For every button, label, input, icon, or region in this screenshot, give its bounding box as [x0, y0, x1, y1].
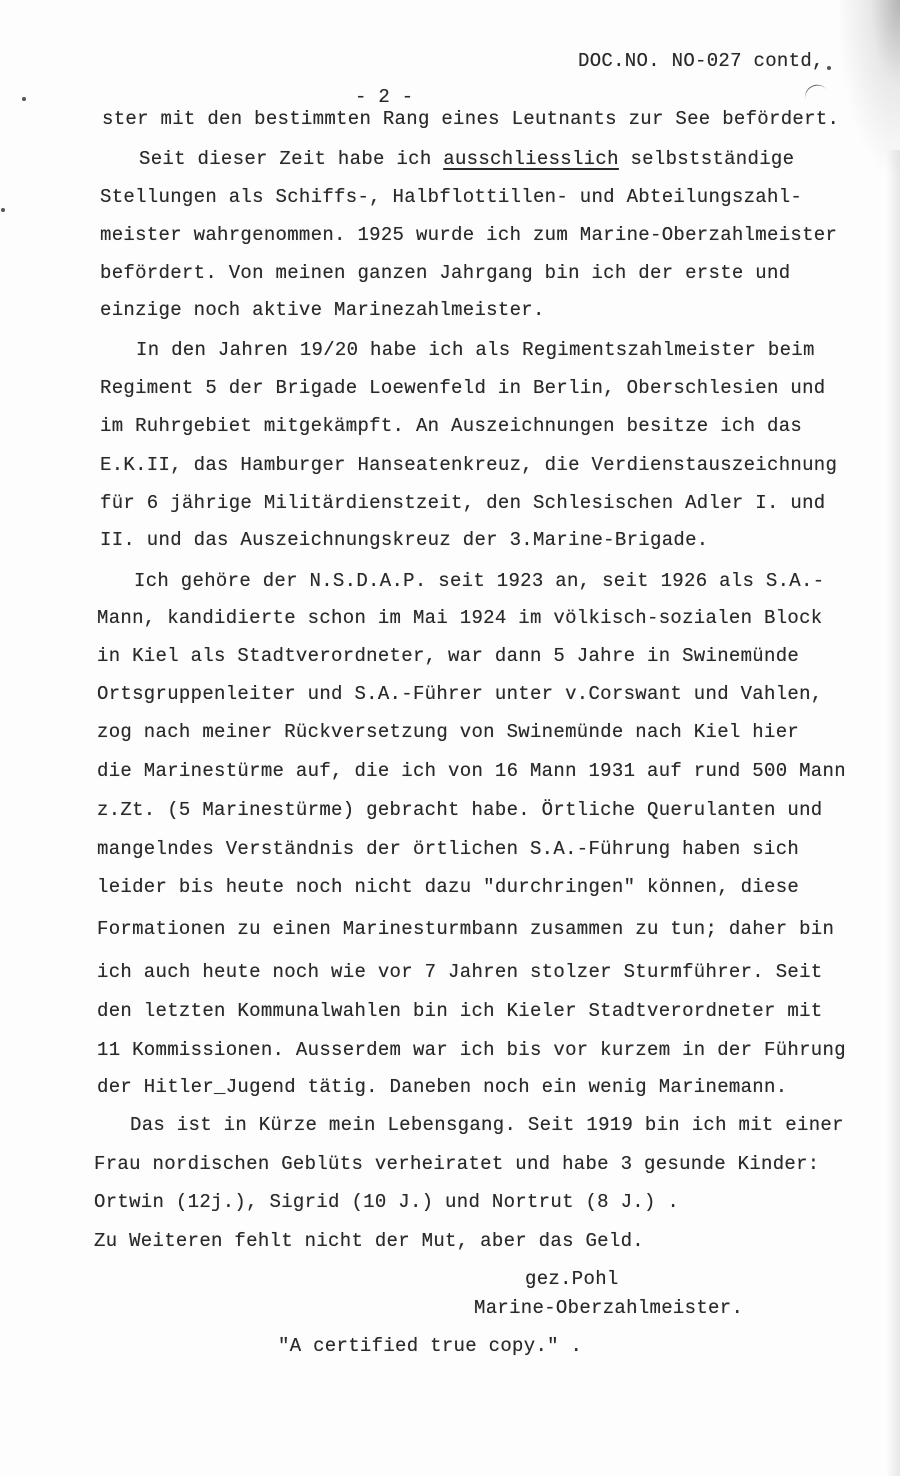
- body-line: ich auch heute noch wie vor 7 Jahren sto…: [97, 961, 823, 983]
- body-line: mangelndes Verständnis der örtlichen S.A…: [97, 838, 799, 860]
- body-line: für 6 jährige Militärdienstzeit, den Sch…: [100, 492, 826, 514]
- body-line: Seit dieser Zeit habe ich ausschliesslic…: [139, 148, 794, 170]
- body-line: in Kiel als Stadtverordneter, war dann 5…: [97, 645, 799, 667]
- body-line: E.K.II, das Hamburger Hanseatenkreuz, di…: [100, 454, 837, 476]
- handwritten-check-mark: [802, 81, 830, 108]
- body-line: II. und das Auszeichnungskreuz der 3.Mar…: [100, 529, 709, 551]
- body-line: ster mit den bestimmten Rang eines Leutn…: [102, 108, 839, 130]
- text-run: Seit dieser Zeit habe ich: [139, 148, 443, 170]
- page-corner-shadow: [840, 0, 900, 170]
- body-line: die Marinestürme auf, die ich von 16 Man…: [97, 760, 846, 782]
- body-line: einzige noch aktive Marinezahlmeister.: [100, 299, 545, 321]
- scan-speck: [1, 208, 5, 212]
- body-line: In den Jahren 19/20 habe ich als Regimen…: [136, 339, 815, 361]
- body-line: befördert. Von meinen ganzen Jahrgang bi…: [100, 262, 790, 284]
- body-line: Ich gehöre der N.S.D.A.P. seit 1923 an, …: [134, 570, 824, 592]
- body-line: den letzten Kommunalwahlen bin ich Kiele…: [97, 1000, 823, 1022]
- body-line: Ortwin (12j.), Sigrid (10 J.) und Nortru…: [94, 1191, 679, 1213]
- underlined-word: ausschliesslich: [443, 148, 619, 170]
- certification-note: "A certified true copy." .: [278, 1335, 582, 1357]
- body-line: Ortsgruppenleiter und S.A.-Führer unter …: [97, 683, 823, 705]
- body-line: Mann, kandidierte schon im Mai 1924 im v…: [97, 607, 823, 629]
- signature-name: gez.Pohl: [525, 1268, 619, 1290]
- body-line: zog nach meiner Rückversetzung von Swine…: [97, 721, 799, 743]
- signature-title: Marine-Oberzahlmeister.: [474, 1297, 743, 1319]
- body-line: Formationen zu einen Marinesturmbann zus…: [97, 918, 834, 940]
- body-line: im Ruhrgebiet mitgekämpft. An Auszeichnu…: [100, 415, 802, 437]
- text-run: selbstständige: [619, 148, 795, 170]
- body-line: meister wahrgenommen. 1925 wurde ich zum…: [100, 224, 837, 246]
- body-line: Das ist in Kürze mein Lebensgang. Seit 1…: [130, 1114, 844, 1136]
- body-line: Regiment 5 der Brigade Loewenfeld in Ber…: [100, 377, 826, 399]
- body-line: der Hitler_Jugend tätig. Daneben noch ei…: [97, 1076, 787, 1098]
- document-number: DOC.NO. NO-027 contd,: [578, 50, 824, 72]
- body-line: Zu Weiteren fehlt nicht der Mut, aber da…: [94, 1230, 644, 1252]
- document-page: DOC.NO. NO-027 contd, - 2 - ster mit den…: [0, 0, 900, 1476]
- body-line: 11 Kommissionen. Ausserdem war ich bis v…: [97, 1039, 846, 1061]
- body-line: Frau nordischen Geblüts verheiratet und …: [94, 1153, 820, 1175]
- page-number: - 2 -: [355, 86, 414, 108]
- body-line: z.Zt. (5 Marinestürme) gebracht habe. Ör…: [97, 799, 823, 821]
- scan-speck: [22, 97, 26, 101]
- body-line: leider bis heute noch nicht dazu "durchr…: [97, 876, 799, 898]
- body-line: Stellungen als Schiffs-, Halbflottillen-…: [100, 186, 802, 208]
- scan-speck: [827, 66, 831, 70]
- page-edge-shadow: [886, 150, 900, 1476]
